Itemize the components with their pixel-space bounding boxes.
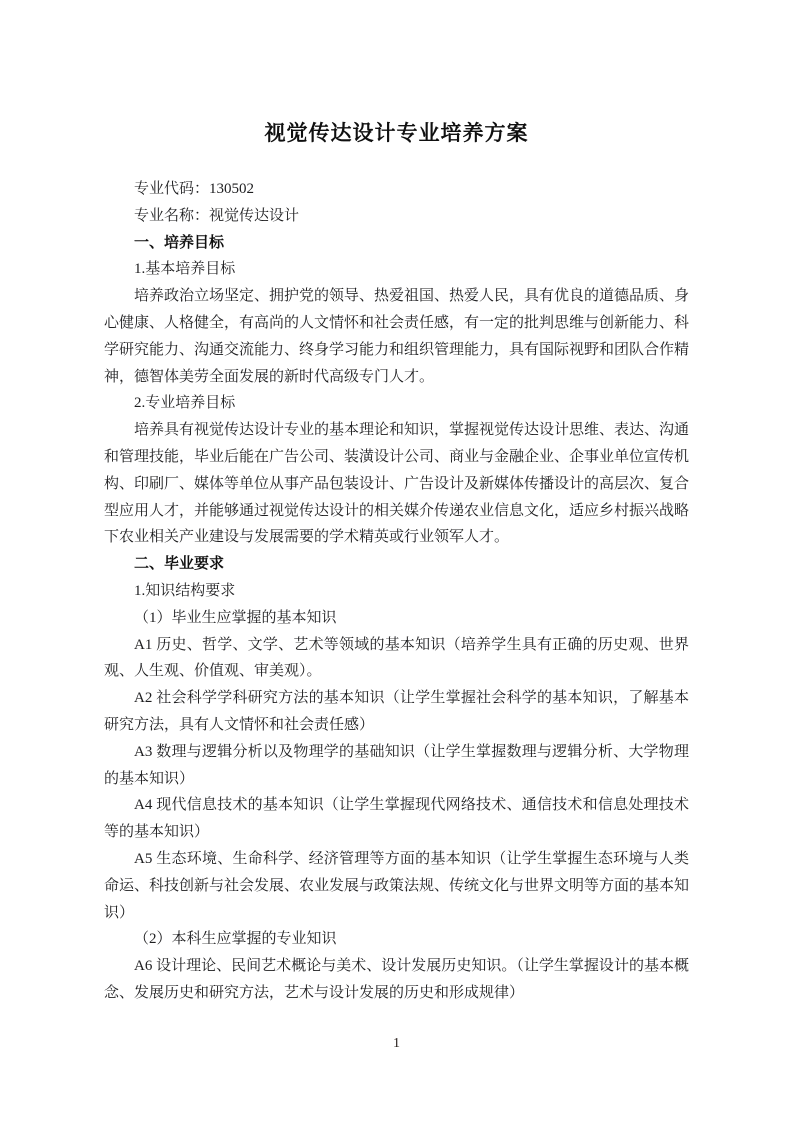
page-number: 1 <box>0 1035 793 1053</box>
item-A6: A6 设计理论、民间艺术概论与美术、设计发展历史知识。（让学生掌握设计的基本概念… <box>104 953 689 1007</box>
subheading-professional-training-objectives: 2.专业培养目标 <box>104 390 689 417</box>
item-A3: A3 数理与逻辑分析以及物理学的基础知识（让学生掌握数理与逻辑分析、大学物理的基… <box>104 739 689 793</box>
section-heading-graduation-requirements: 二、毕业要求 <box>104 551 689 578</box>
subheading-basic-training-objectives: 1.基本培养目标 <box>104 256 689 283</box>
subheading-professional-knowledge: （2）本科生应掌握的专业知识 <box>104 926 689 953</box>
item-A5: A5 生态环境、生命科学、经济管理等方面的基本知识（让学生掌握生态环境与人类命运… <box>104 846 689 926</box>
document-body: 专业代码：130502专业名称：视觉传达设计一、培养目标1.基本培养目标培养政治… <box>104 176 689 1007</box>
subheading-basic-knowledge: （1）毕业生应掌握的基本知识 <box>104 605 689 632</box>
item-A4: A4 现代信息技术的基本知识（让学生掌握现代网络技术、通信技术和信息处理技术等的… <box>104 792 689 846</box>
section-heading-training-objectives: 一、培养目标 <box>104 230 689 257</box>
document-page: 视觉传达设计专业培养方案 专业代码：130502专业名称：视觉传达设计一、培养目… <box>0 0 793 1122</box>
major-name-line: 专业名称：视觉传达设计 <box>104 203 689 230</box>
paragraph-basic-training-objectives: 培养政治立场坚定、拥护党的领导、热爱祖国、热爱人民，具有优良的道德品质、身心健康… <box>104 283 689 390</box>
paragraph-professional-training-objectives: 培养具有视觉传达设计专业的基本理论和知识，掌握视觉传达设计思维、表达、沟通和管理… <box>104 417 689 551</box>
document-title: 视觉传达设计专业培养方案 <box>104 118 689 150</box>
item-A2: A2 社会科学学科研究方法的基本知识（让学生掌握社会科学的基本知识，了解基本研究… <box>104 685 689 739</box>
major-code-line: 专业代码：130502 <box>104 176 689 203</box>
item-A1: A1 历史、哲学、文学、艺术等领域的基本知识（培养学生具有正确的历史观、世界观、… <box>104 632 689 686</box>
subheading-knowledge-structure-requirements: 1.知识结构要求 <box>104 578 689 605</box>
